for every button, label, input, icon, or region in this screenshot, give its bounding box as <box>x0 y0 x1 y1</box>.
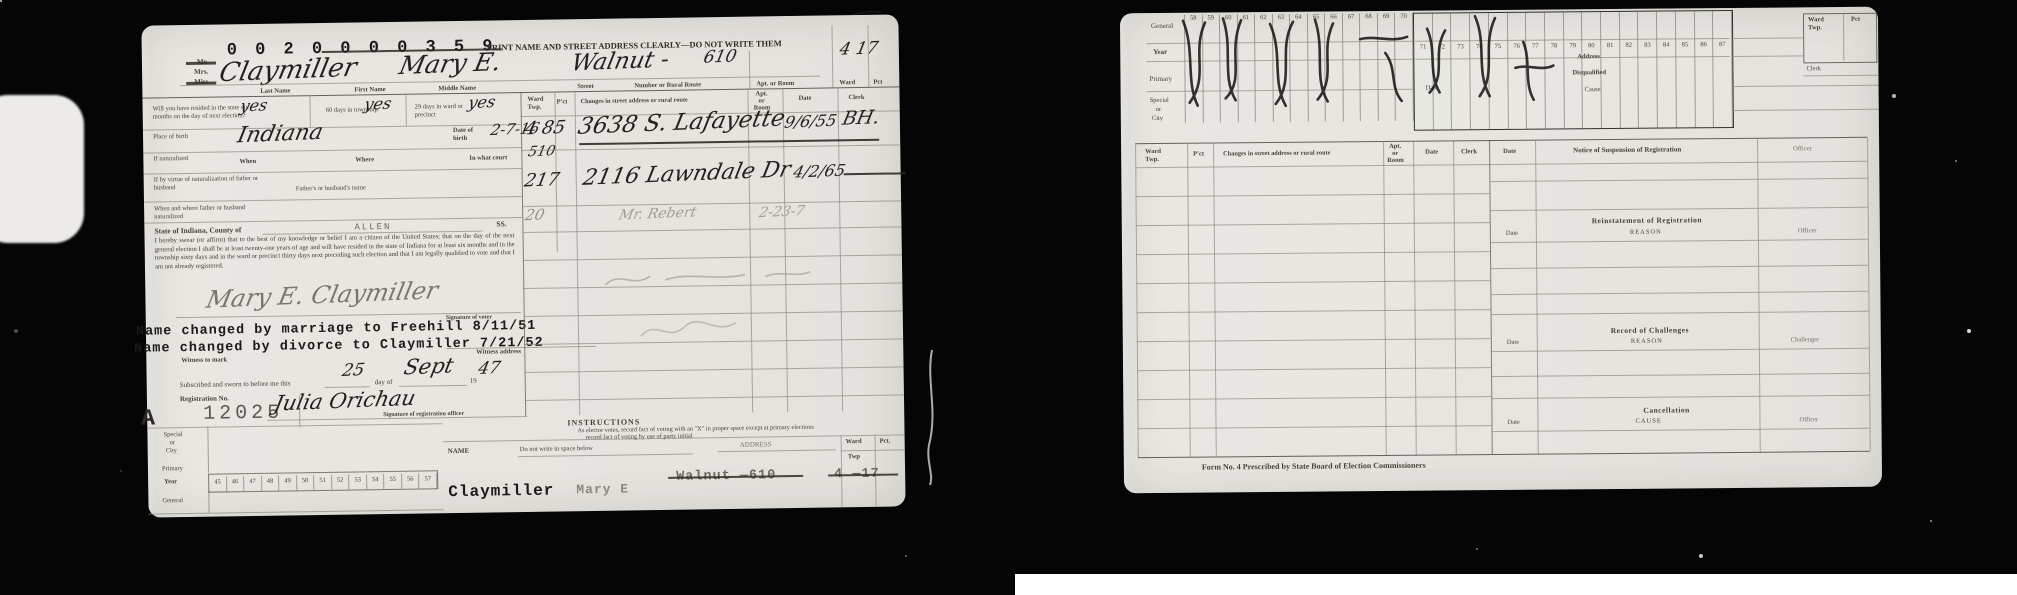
year-cell: 51 <box>314 475 332 490</box>
grid-line <box>1731 37 1803 39</box>
label-address-inbox: Address <box>1577 53 1600 62</box>
hw-ward-pct: 4 17 <box>838 38 880 60</box>
grid-line <box>1489 178 1867 182</box>
grid-line <box>1137 367 1491 371</box>
grid-line <box>1136 193 1490 197</box>
handwritten-x-marks <box>1175 8 1556 121</box>
grid-line <box>837 87 843 411</box>
grid-line <box>1803 75 1878 77</box>
label-pct-bottom: Pct. <box>880 438 891 447</box>
registration-card-back: General Year Primary Special or City 585… <box>1120 7 1882 494</box>
grid-line <box>1138 425 1492 429</box>
hw-change3-ward: 20 <box>523 205 546 224</box>
year-cell: 84 <box>1657 11 1677 127</box>
label-place-of-birth: Place of birth <box>153 133 193 142</box>
label-year-back: Year <box>1153 48 1167 57</box>
grid-line <box>1490 291 1868 295</box>
form-footer: Form No. 4 Prescribed by State Board of … <box>1202 461 1426 473</box>
film-bottom-strip <box>1015 574 2017 595</box>
label-corner-clerk: Clerk <box>1806 65 1821 74</box>
grid-line <box>522 200 901 207</box>
grid-line <box>1213 142 1217 456</box>
hw-street: Walnut - <box>569 47 672 77</box>
hw-answer-q1: yes <box>239 95 270 115</box>
label-where: Where <box>355 156 374 165</box>
table-bottom-border <box>1138 451 1870 458</box>
year-cell: 45 <box>209 476 227 491</box>
label-primary-back: Primary <box>1149 75 1172 84</box>
label-corner-pct: Pct <box>1851 16 1860 25</box>
year-cell: 49 <box>279 475 297 490</box>
year-cell: 87 <box>1713 11 1733 127</box>
grid-line <box>1491 311 1869 315</box>
hw-change2-address: 2116 Lawndale Dr <box>580 157 793 191</box>
year-cell: 48 <box>262 476 280 491</box>
grid-line <box>831 25 833 87</box>
label-witness-to-mark: Witness to mark <box>181 356 227 365</box>
year-cell: 56 <box>402 474 420 489</box>
hw-change3-note: Mr. Rebert <box>617 204 698 223</box>
hw-change1-ward: 4 85 <box>523 117 568 140</box>
grid-line <box>520 92 526 416</box>
back-header-date: Date <box>1425 149 1438 158</box>
hw-sworn-year: 47 <box>476 358 502 379</box>
hw-change1-address: 3638 S. Lafayette <box>576 105 788 140</box>
film-light-blob <box>0 95 84 243</box>
section-reinstatement-title: Reinstatement of Registration <box>1592 215 1702 226</box>
grid-line <box>521 144 900 151</box>
hw-change1-clerk: BH. <box>840 106 881 130</box>
changes-header-twp: Twp. <box>528 104 542 113</box>
grid-line <box>1732 85 1879 87</box>
back-header-pct: P'ct <box>1193 151 1204 160</box>
label-twp-bottom: Twp <box>848 453 860 462</box>
label-date-of-birth: Date of birth <box>453 127 487 144</box>
grid-line <box>143 147 521 154</box>
grid-line <box>841 449 905 451</box>
hw-sworn-day: 25 <box>340 360 366 381</box>
grid-line <box>1453 140 1457 454</box>
grid-line <box>144 168 522 175</box>
hw-change1-date: 9/6/55 <box>783 111 839 132</box>
label-father-naturalization: If by virtue of naturalization of father… <box>154 175 259 193</box>
grid-line <box>405 94 406 126</box>
grid-line <box>1136 280 1490 284</box>
label-general: General <box>162 497 183 506</box>
label-ward-bottom: Ward <box>846 438 862 447</box>
hw-place-of-birth: Indiana <box>235 120 325 149</box>
year-cell: 55 <box>384 474 402 489</box>
label-if-naturalized: If naturalized <box>153 155 195 164</box>
grid-line <box>1413 141 1417 455</box>
label-special-or-back: or <box>1156 106 1161 114</box>
grid-line <box>1383 141 1387 455</box>
grid-line <box>1757 138 1761 452</box>
hw-answer-q2: yes <box>363 94 394 114</box>
grid-line <box>1136 251 1490 255</box>
label-general-back: General <box>1151 22 1173 31</box>
hw-change2-ward: 217 <box>522 169 561 191</box>
grid-line <box>1732 109 1879 111</box>
sworn-statement: Subscribed and sworn to before me this <box>180 379 291 390</box>
grid-line <box>1489 140 1493 454</box>
label-special-back: Special <box>1150 97 1169 106</box>
year-cell: 83 <box>1638 12 1658 128</box>
section-cancellation-cause: CAUSE <box>1635 418 1661 427</box>
affidavit-ss: SS. <box>496 219 506 229</box>
hw-change2-date: 4/2/65 <box>792 161 848 182</box>
back-header-officer: Officer <box>1793 145 1812 154</box>
grid-line <box>1137 396 1491 400</box>
faint-pencil-marks <box>595 264 827 377</box>
voting-grid-upper-cells <box>207 423 437 472</box>
year-cell: 57 <box>419 473 437 488</box>
grid-line <box>1731 55 1803 57</box>
hw-change3-date: 2-23-7 <box>757 203 806 221</box>
grid-line <box>1492 428 1870 432</box>
back-header-clerk: Clerk <box>1461 148 1477 157</box>
changes-header-clerk: Clerk <box>848 94 864 103</box>
grid-line <box>522 226 901 233</box>
hw-change1b-ward: 510 <box>527 143 557 160</box>
back-header-date2: Date <box>1503 148 1516 157</box>
grid-line <box>1491 373 1869 377</box>
year-cell: 54 <box>367 474 385 489</box>
section-challenges-date: Date <box>1507 339 1519 348</box>
changes-header-pct: P'ct <box>557 98 568 107</box>
typed-last-name: Claymiller <box>448 482 554 502</box>
hw-voter-signature: Mary E. Claymiller <box>204 276 441 314</box>
label-when: When <box>239 158 256 167</box>
year-cell: 47 <box>244 476 262 491</box>
label-primary: Primary <box>162 465 183 474</box>
label-corner-twp: Twp. <box>1808 24 1822 33</box>
grid-line <box>1135 143 1139 457</box>
year-cell: 52 <box>332 475 350 490</box>
grid-line <box>1490 239 1868 243</box>
film-speckles <box>0 0 2 2</box>
grid-line <box>525 394 904 401</box>
label-father-name: Father's or husband's name <box>296 184 366 193</box>
grid-line <box>144 196 522 203</box>
changes-header-changes: Changes in street address or rural route <box>581 97 688 107</box>
label-address: ADDRESS <box>740 440 772 450</box>
grid-line <box>1867 137 1871 451</box>
grid-line <box>1491 348 1869 352</box>
microfilm-viewer-frame: 0 0 2 0 0 0 0 3 5 9 PRINT NAME AND STREE… <box>0 0 2017 595</box>
instructions-line2: record fact of voting by use of party in… <box>586 433 693 443</box>
year-cell: 82 <box>1620 12 1640 128</box>
label-name: NAME <box>448 447 470 456</box>
grid-line <box>1137 338 1491 342</box>
section-reinstatement-date: Date <box>1506 230 1518 239</box>
grid-line <box>1535 140 1539 454</box>
grid-line <box>1490 207 1868 211</box>
grid-line <box>1490 265 1868 269</box>
year-cell: 50 <box>297 475 315 490</box>
label-special-city: City <box>166 447 177 456</box>
grid-line <box>523 254 902 261</box>
section-cancellation-officer: Officer <box>1799 416 1818 425</box>
prefix-mrs: Mrs. <box>194 68 208 77</box>
grid-line <box>1491 395 1869 399</box>
label-do-not-write: Do not write in space below <box>520 445 593 455</box>
section-reinstatement-officer: Officer <box>1798 227 1817 236</box>
label-year: Year <box>164 478 177 487</box>
hw-house-number: 610 <box>702 46 739 67</box>
section-reinstatement-reason: REASON <box>1630 229 1662 238</box>
year-cell: 85 <box>1676 11 1696 127</box>
grid-line <box>1136 222 1490 226</box>
back-header-twp: Twp. <box>1145 156 1159 165</box>
back-header-notice: Notice of Suspension of Registration <box>1573 145 1681 155</box>
changes-header-date: Date <box>798 95 811 104</box>
section-cancellation-title: Cancellation <box>1643 405 1690 415</box>
grid-line <box>1187 143 1191 457</box>
prefix-strike-1 <box>186 62 216 65</box>
label-special-city-back: City <box>1152 115 1163 124</box>
label-father-when-where: When and where father or husband natural… <box>154 204 264 223</box>
section-challenges-challenger: Challenger <box>1791 336 1820 345</box>
grid-line <box>1137 309 1491 313</box>
section-challenges-title: Record of Challenges <box>1611 325 1689 335</box>
hw-answer-q3: yes <box>467 92 498 112</box>
hw-change1-underline <box>579 139 879 145</box>
year-cell: 86 <box>1694 11 1714 127</box>
label-in-what-court: In what court <box>469 154 507 163</box>
year-cell: 46 <box>227 476 245 491</box>
label-disqualified-inbox: Disqualified <box>1572 69 1606 78</box>
county-stamp: ALLEN <box>354 222 391 233</box>
grid-line <box>718 449 836 452</box>
label-witness-address: Witness address <box>476 348 521 357</box>
year-cell: 53 <box>349 474 367 489</box>
back-header-changes: Changes in street address or rural route <box>1223 149 1330 158</box>
hw-first-middle-name: Mary E. <box>397 47 504 80</box>
label-signature-registration-officer: Signature of registration officer <box>383 411 464 420</box>
registration-card-front: 0 0 2 0 0 0 0 3 5 9 PRINT NAME AND STREE… <box>141 14 905 517</box>
grid-line <box>749 51 751 89</box>
hw-sworn-month: Sept <box>402 353 456 379</box>
film-crease <box>922 350 942 485</box>
affidavit-body: I hereby swear (or affirm) that to the b… <box>155 232 515 272</box>
label-cause-inbox: Cause <box>1585 86 1601 95</box>
section-cancellation-date: Date <box>1507 419 1519 428</box>
section-challenges-reason: REASON <box>1631 338 1663 347</box>
affidavit-heading: State of Indiana, County of <box>154 225 241 236</box>
typed-first-name: Mary E <box>576 481 629 497</box>
hw-change2-dash <box>844 172 906 174</box>
